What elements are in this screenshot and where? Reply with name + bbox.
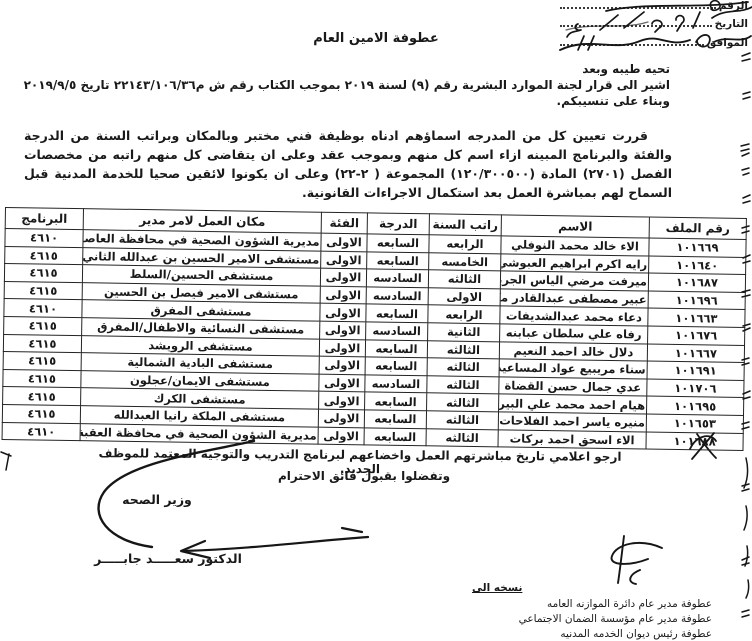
cell: عدي جمال حسن القضاة bbox=[499, 377, 647, 397]
cell: ١٠١٦٩٦ bbox=[648, 291, 745, 310]
column-header: الفئة bbox=[321, 212, 367, 234]
cc-item: عطوفة مدير عام دائرة الموازنه العامه bbox=[432, 597, 712, 612]
cell: ١٠١٦٤٠ bbox=[649, 256, 746, 275]
column-header: الدرجة bbox=[367, 213, 429, 235]
cell: الاولى bbox=[321, 233, 367, 251]
cell: السابعه bbox=[364, 410, 426, 429]
cell: ٤٦١٥ bbox=[3, 369, 81, 388]
addressee-line: عطوفة الامين العام bbox=[0, 31, 752, 46]
cell: ٤٦١٠ bbox=[4, 299, 82, 318]
cell: مديرية الشؤون الصحية في محافظة العقبة bbox=[80, 423, 318, 444]
cell: دلال خالد احمد النعيم bbox=[499, 341, 647, 361]
cell: الاولى bbox=[319, 392, 365, 410]
cell: الاولى bbox=[320, 304, 366, 322]
cell: الثالثه bbox=[427, 340, 499, 359]
date-field: التاريخ bbox=[556, 15, 748, 30]
cell: السابعه bbox=[367, 234, 429, 253]
cell: ٤٦١٥ bbox=[5, 246, 83, 265]
signer-name: الدكتور سعـــــد جابـــــر bbox=[78, 551, 258, 566]
cc-item: عطوفة مدير عام مؤسسة الضمان الاجتماعي bbox=[432, 612, 712, 627]
cell: رفاه علي سلطان عبابنه bbox=[500, 324, 648, 344]
cell: السادسه bbox=[366, 322, 428, 341]
cell: الرابعه bbox=[429, 235, 501, 254]
cc-block: نسخه الى عطوفة مدير عام دائرة الموازنه ا… bbox=[432, 581, 712, 641]
cell: الخامسه bbox=[429, 252, 501, 271]
cell: ١٠١٦٩٥ bbox=[647, 396, 744, 415]
cell: ٤٦١٥ bbox=[3, 387, 81, 406]
cell: الثالثه bbox=[427, 358, 499, 377]
cell: عبير مصطفى عبدالقادر مكحل bbox=[500, 289, 648, 309]
column-header: الاسم bbox=[501, 215, 649, 238]
basis-line: وبناء على تنسيبكم. bbox=[64, 93, 670, 109]
cell: ٤٦١٠ bbox=[2, 422, 80, 441]
cell: الاولى bbox=[320, 286, 366, 304]
cell: الاولى bbox=[318, 409, 364, 427]
ref-number-label: الرقم bbox=[719, 0, 748, 12]
cell: منيره ياسر احمد الفلاحات bbox=[498, 412, 646, 432]
cell: السادسه bbox=[366, 287, 428, 306]
cell: الثالثه bbox=[428, 270, 500, 289]
cell: ١٠١٦٩١ bbox=[647, 361, 744, 380]
cell: ٤٦١٥ bbox=[4, 316, 82, 335]
cell: الاولى bbox=[320, 268, 366, 286]
cell: الاولى bbox=[321, 251, 367, 269]
date-label: التاريخ bbox=[715, 18, 748, 30]
cell: الاولى bbox=[319, 356, 365, 374]
cell: السابعه bbox=[365, 357, 427, 376]
cell: ٤٦١٥ bbox=[3, 334, 81, 353]
cc-label: نسخه الى bbox=[432, 581, 712, 596]
cell: ١٠١٦٦٩ bbox=[649, 238, 746, 257]
cell: الاولى bbox=[318, 427, 364, 445]
cell: السادسه bbox=[365, 375, 427, 394]
cell: ١٠١٦٨٨ bbox=[646, 432, 743, 451]
cell: ١٠١٦٨٧ bbox=[648, 273, 745, 292]
cell: ميرفت مرضي الياس الجريسات bbox=[500, 271, 648, 291]
cell: دعاء محمد عبدالشديفات bbox=[500, 306, 648, 326]
cc-signature-mark bbox=[612, 536, 662, 584]
greeting-line: تحيه طيبه وبعد bbox=[64, 61, 670, 77]
decision-paragraph: قررت تعيين كل من المدرجه اسماؤهم ادناه ب… bbox=[24, 126, 672, 202]
cell: ٤٦١٥ bbox=[3, 352, 81, 371]
cell: الثالثه bbox=[427, 393, 499, 412]
cell: هيام احمد محمد علي البيروتي bbox=[499, 394, 647, 414]
cell: السابعه bbox=[365, 392, 427, 411]
cell: الاء خالد محمد النوفلي bbox=[501, 236, 649, 256]
reference-line: اشير الى قرار لجنة الموارد البشرية رقم (… bbox=[64, 77, 670, 93]
dotted-line bbox=[560, 6, 716, 9]
cell: ٤٦١٥ bbox=[4, 281, 82, 300]
cell: ٤٦١٥ bbox=[4, 264, 82, 283]
column-header: راتب السنة bbox=[429, 214, 501, 236]
document-page: الرقم التاريخ الموافق عطوفة الامين العام… bbox=[0, 0, 752, 641]
cell: ٤٦١٠ bbox=[5, 229, 83, 248]
cell: الثالثه bbox=[426, 428, 498, 447]
signer-title: وزير الصحه bbox=[112, 492, 202, 507]
cell: رايه اكرم ابراهيم العبوشي bbox=[501, 253, 649, 273]
cell: الاولى bbox=[319, 339, 365, 357]
column-header: رقم الملف bbox=[649, 217, 746, 239]
cell: الرابعه bbox=[428, 305, 500, 324]
cell: ١٠١٧٠٦ bbox=[647, 379, 744, 398]
cell: الثالثه bbox=[427, 376, 499, 395]
cell: السابعه bbox=[364, 427, 426, 446]
cell: الثالثه bbox=[426, 411, 498, 430]
cell: ١٠١٦٧٦ bbox=[648, 326, 745, 345]
cell: الاولى bbox=[320, 321, 366, 339]
salutation-line: وتفضلوا بقبول فائق الاحترام bbox=[244, 469, 484, 483]
cell: السادسه bbox=[366, 269, 428, 288]
cell: سناء مريبيع عواد المساعيد bbox=[499, 359, 647, 379]
appointments-table: رقم الملفالاسمراتب السنةالدرجةالفئةمكان … bbox=[2, 207, 747, 451]
dotted-line bbox=[560, 24, 712, 27]
cell: السابعه bbox=[366, 304, 428, 323]
ref-number-field: الرقم bbox=[556, 0, 748, 12]
cell: ١٠١٦٥٣ bbox=[646, 414, 743, 433]
cell: الاء اسحق احمد بركات bbox=[498, 429, 646, 449]
cell: الاولى bbox=[319, 374, 365, 392]
cell: ١٠١٦٦٧ bbox=[647, 344, 744, 363]
cell: الثانية bbox=[428, 323, 500, 342]
cell: السابعه bbox=[365, 339, 427, 358]
cell: ١٠١٦٦٣ bbox=[648, 308, 745, 327]
column-header: البرنامج bbox=[5, 208, 83, 230]
cell: السابعه bbox=[367, 251, 429, 270]
intro-block: تحيه طيبه وبعد اشير الى قرار لجنة الموار… bbox=[64, 61, 670, 109]
cell: ٤٦١٥ bbox=[2, 404, 80, 423]
cell: الاولى bbox=[428, 288, 500, 307]
cc-item: عطوفة رئيس ديوان الخدمه المدنيه bbox=[432, 627, 712, 641]
